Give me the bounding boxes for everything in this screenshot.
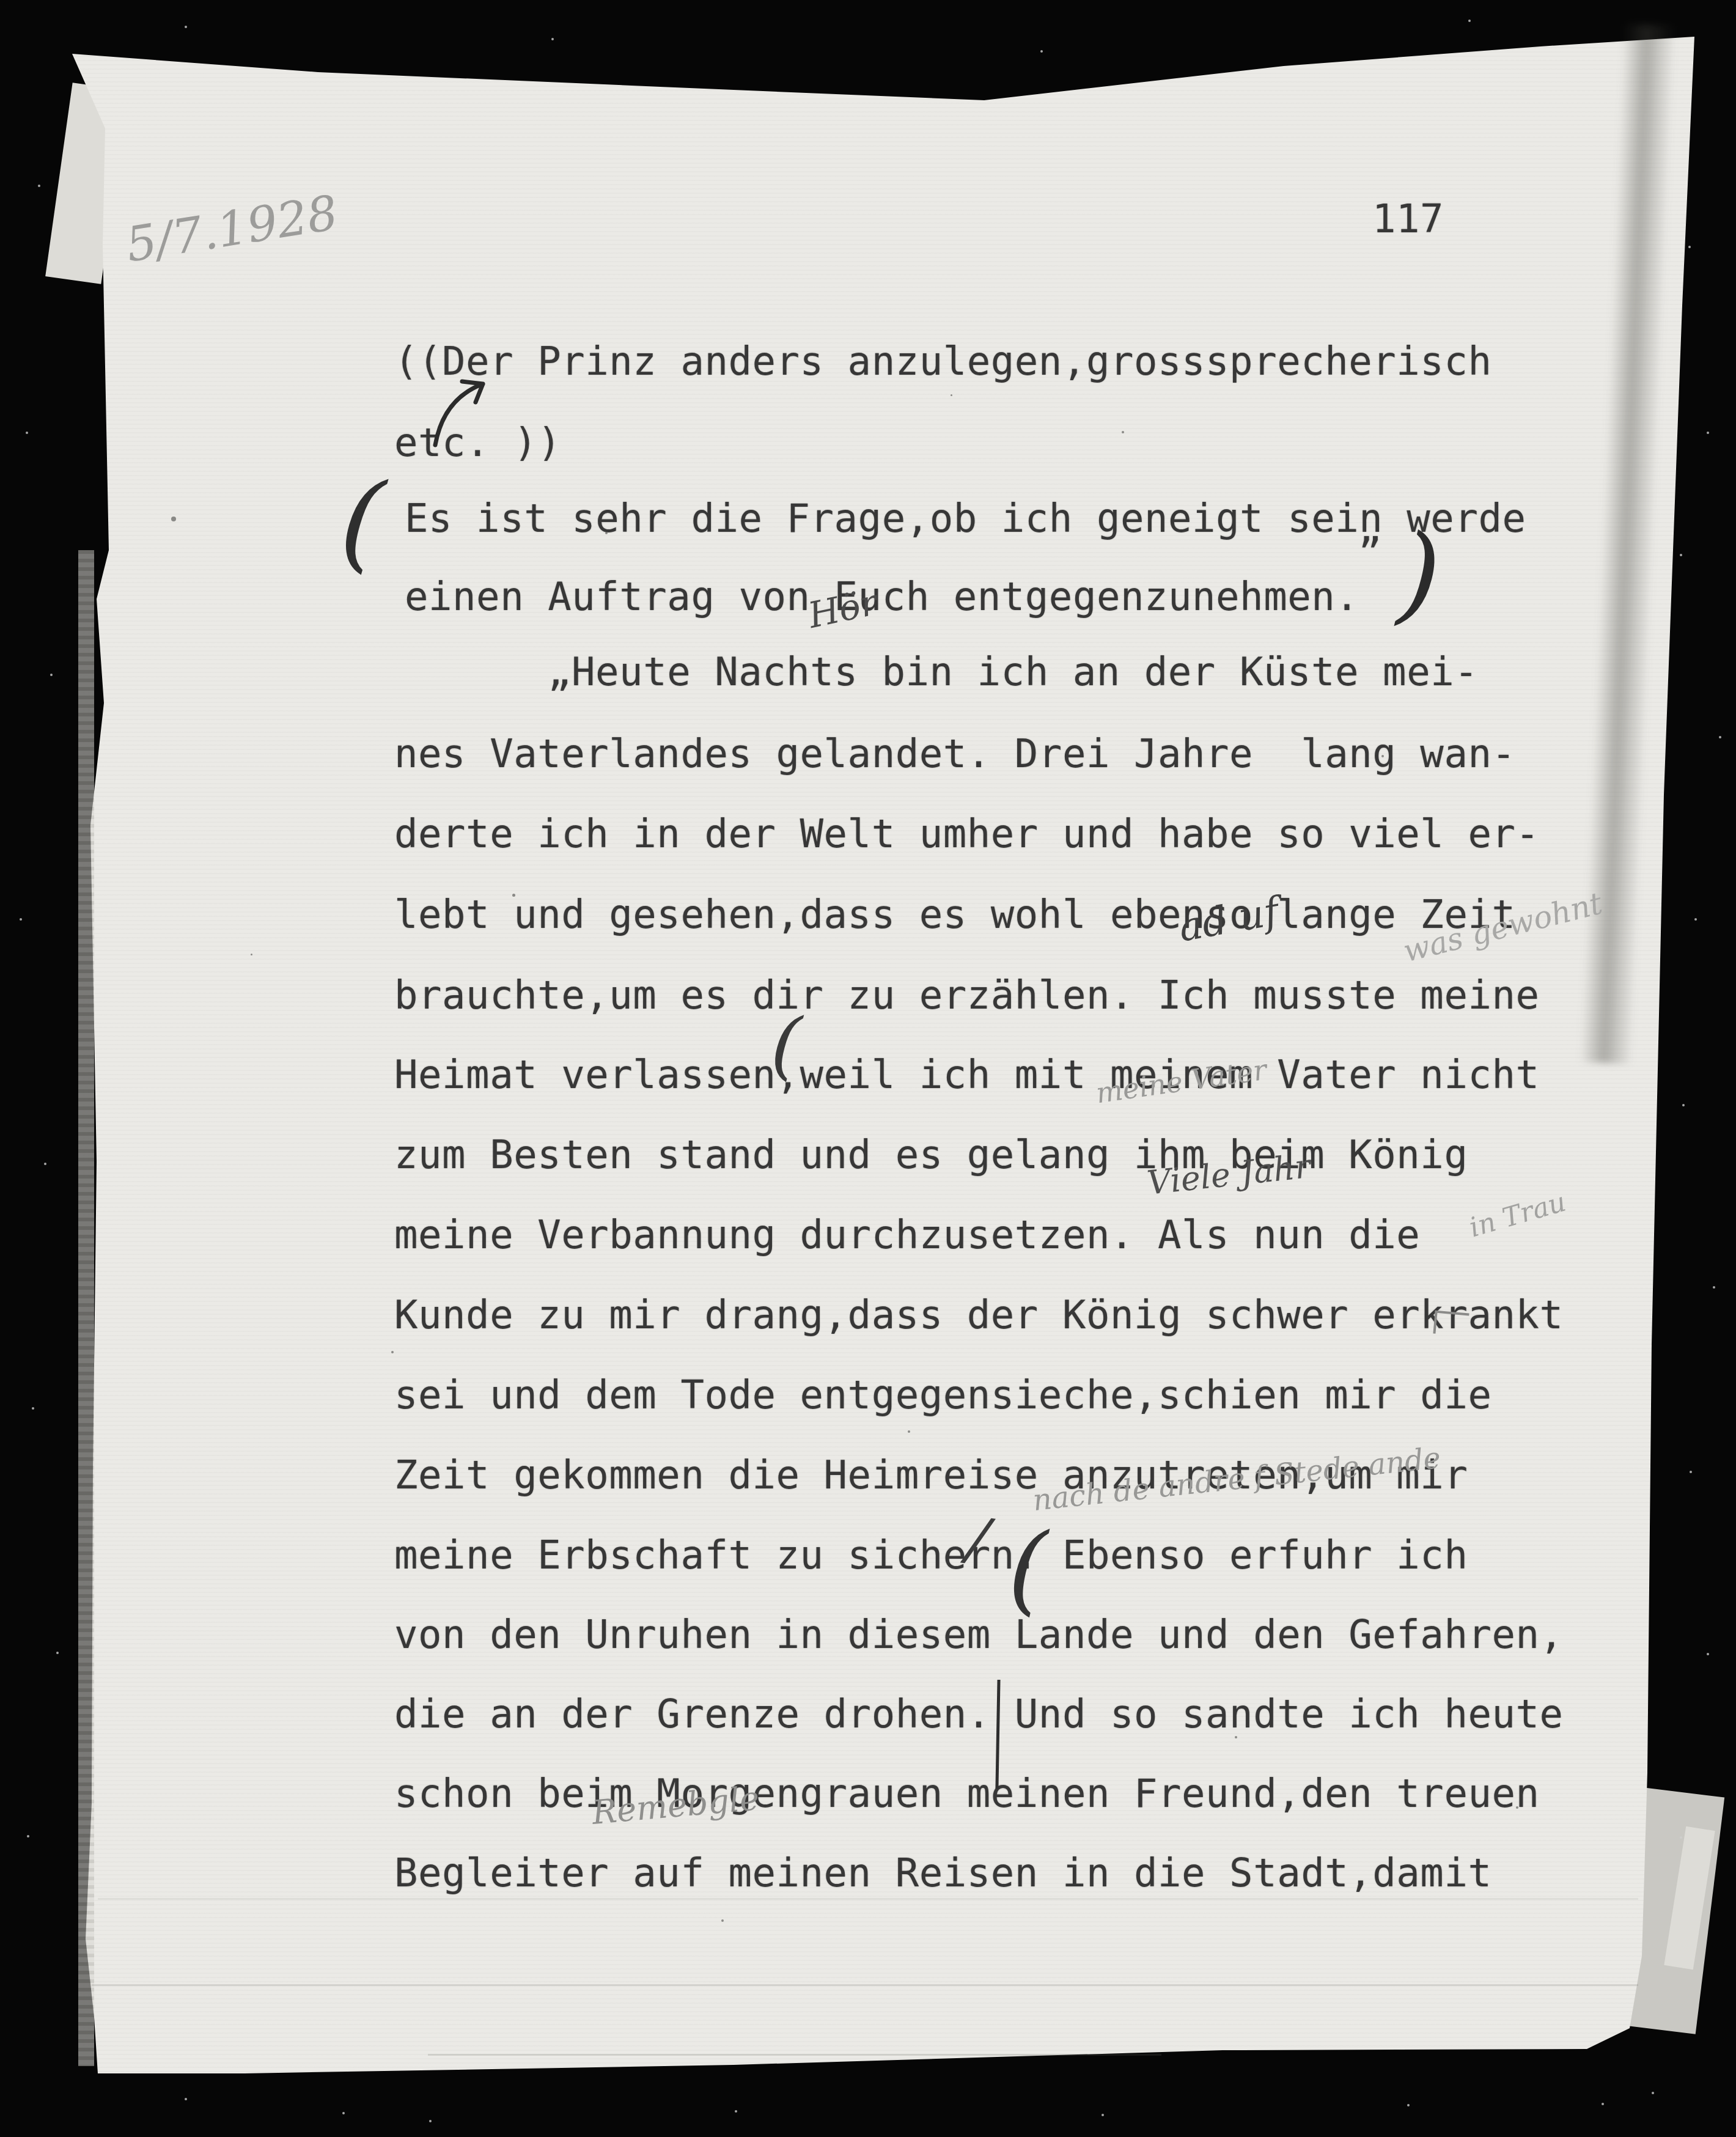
dust-speck — [1690, 1471, 1692, 1473]
dust-speck — [1680, 554, 1682, 556]
dust-speck — [185, 26, 187, 28]
page-number: 117 — [1372, 197, 1444, 242]
handwritten-open-paren-weil: ( — [768, 1001, 803, 1089]
typed-line-3: Es ist sehr die Frage,ob ich geneigt sei… — [405, 496, 1526, 542]
dust-speck — [38, 185, 40, 187]
dust-speck — [1407, 2104, 1410, 2106]
dust-speck — [50, 674, 53, 676]
dust-speck — [26, 432, 28, 434]
typed-line-16: meine Erbschaft zu sichern. Ebenso erfuh… — [394, 1533, 1468, 1578]
paper-speck — [391, 1351, 394, 1353]
dust-speck — [1652, 2092, 1654, 2094]
dust-speck — [1102, 2114, 1104, 2116]
dust-speck — [1682, 1104, 1685, 1106]
dust-speck — [1602, 2103, 1604, 2105]
dust-speck — [735, 2110, 737, 2113]
typed-line-17: von den Unruhen in diesem Lande und den … — [394, 1613, 1564, 1658]
dust-speck — [1468, 20, 1471, 22]
typed-line-5: „Heute Nachts bin ich an der Küste mei- — [548, 650, 1478, 695]
typed-line-8: lebt und gesehen,dass es wohl ebenso lan… — [394, 892, 1515, 938]
dust-speck — [1040, 50, 1043, 53]
dust-speck — [27, 1835, 29, 1837]
typed-line-18: die an der Grenze drohen. Und so sandte … — [394, 1692, 1564, 1737]
paper-speck — [807, 1164, 809, 1166]
typed-line-14: sei und dem Tode entgegensieche,schien m… — [394, 1373, 1491, 1418]
typed-line-20: Begleiter auf meinen Reisen in die Stadt… — [394, 1851, 1491, 1896]
underpage-line — [92, 1984, 1638, 1986]
dust-speck — [1707, 1653, 1709, 1655]
paper-speck — [171, 517, 176, 521]
paper-speck — [721, 1919, 724, 1922]
handwritten-close-paren: ) — [1396, 511, 1444, 637]
dust-speck — [20, 918, 22, 921]
scanned-manuscript-page: 117 ” ((Der Prinz anders anzulegen,gross… — [0, 0, 1736, 2137]
typed-line-13: Kunde zu mir drang,dass der König schwer… — [394, 1293, 1564, 1338]
paper-speck — [1381, 755, 1384, 757]
paper-speck — [951, 394, 952, 396]
typed-line-7: derte ich in der Welt umher und habe so … — [394, 812, 1540, 857]
dust-speck — [1694, 918, 1697, 921]
handwritten-insertion-arrow-icon — [423, 366, 502, 451]
dust-speck — [56, 1652, 59, 1654]
handwritten-pencil-tick — [1433, 1311, 1469, 1337]
underpage-line — [98, 1898, 1638, 1900]
dust-speck — [342, 2112, 345, 2114]
paper-speck — [1235, 1736, 1237, 1738]
typed-line-12: meine Verbannung durchzusetzen. Als nun … — [394, 1213, 1420, 1258]
typed-line-10: Heimat verlassen,weil ich mit meinem Vat… — [394, 1053, 1540, 1098]
dust-speck — [1680, 1836, 1682, 1839]
dust-speck — [1688, 246, 1691, 248]
dust-speck — [32, 1407, 34, 1410]
dust-speck — [44, 1163, 46, 1165]
dust-speck — [551, 38, 554, 40]
dust-speck — [429, 2120, 432, 2122]
paper-speck — [512, 894, 515, 897]
typed-line-4: einen Auftrag von Euch entgegenzunehmen. — [405, 575, 1359, 620]
paper-speck — [251, 954, 252, 955]
paper-deckled-left-edge — [78, 550, 94, 2066]
typed-line-1: ((Der Prinz anders anzulegen,grosssprech… — [394, 339, 1491, 384]
paper-speck — [908, 1430, 910, 1433]
underpage-line — [428, 2054, 1161, 2056]
dust-speck — [1713, 1286, 1715, 1289]
typed-line-19: schon beim Morgengrauen meinen Freund,de… — [394, 1771, 1540, 1817]
dust-speck — [1719, 736, 1721, 738]
paper-speck — [1122, 431, 1124, 433]
typed-line-9: brauchte,um es dir zu erzählen. Ich muss… — [394, 973, 1540, 1018]
paper-speck — [605, 532, 608, 534]
handwritten-open-paren-ebenso: ( — [1007, 1510, 1049, 1626]
dust-speck — [1707, 432, 1709, 434]
typed-line-6: nes Vaterlandes gelandet. Drei Jahre lan… — [394, 732, 1515, 777]
dust-speck — [185, 2098, 187, 2100]
paper-speck — [1516, 1806, 1518, 1809]
